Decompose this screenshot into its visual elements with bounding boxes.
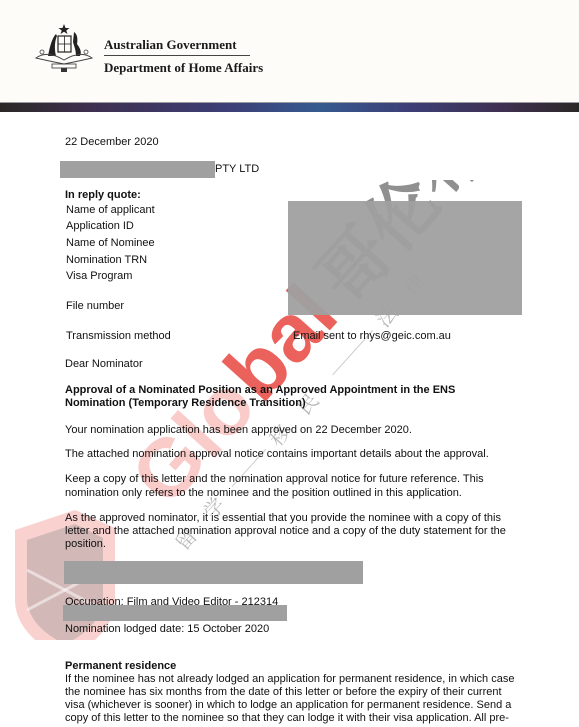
- field-label-application-id: Application ID: [66, 220, 134, 232]
- subject-line-1: Approval of a Nominated Position as an A…: [65, 384, 455, 396]
- paragraph-keep-copy-1: Keep a copy of this letter and the nomin…: [65, 473, 484, 485]
- header-divider: [104, 55, 250, 56]
- subject-line-2: Nomination (Temporary Residence Transiti…: [65, 397, 306, 409]
- pr-heading: Permanent residence: [65, 660, 176, 672]
- transmission-label: Transmission method: [66, 330, 171, 342]
- letterhead: Australian Government Department of Home…: [0, 0, 579, 102]
- field-label-trn: Nomination TRN: [66, 254, 147, 266]
- department-name: Department of Home Affairs: [104, 60, 263, 76]
- redacted-reference-details: [288, 201, 522, 315]
- paragraph-keep-copy-2: nomination only refers to the nominee an…: [65, 487, 462, 499]
- field-label-nominee: Name of Nominee: [66, 237, 155, 249]
- redacted-line: [63, 605, 287, 621]
- field-label-applicant: Name of applicant: [66, 204, 155, 216]
- paragraph-nominator-2: letter and the attached nomination appro…: [65, 525, 506, 537]
- redacted-company-name: [60, 161, 215, 178]
- paragraph-attached-notice: The attached nomination approval notice …: [65, 448, 489, 460]
- coat-of-arms-icon: [30, 22, 98, 74]
- pr-line-4: copy of this letter to the nominee so th…: [65, 712, 509, 724]
- field-label-visa-program: Visa Program: [66, 270, 132, 282]
- salutation: Dear Nominator: [65, 358, 143, 370]
- pr-line-1: If the nominee has not already lodged an…: [65, 673, 514, 685]
- header-color-band: [0, 102, 579, 112]
- reply-quote-heading: In reply quote:: [65, 189, 141, 201]
- paragraph-nominator-1: As the approved nominator, it is essenti…: [65, 512, 501, 524]
- paragraph-nominator-3: position.: [65, 538, 106, 550]
- letter-date: 22 December 2020: [65, 136, 159, 148]
- paragraph-approved: Your nomination application has been app…: [65, 424, 412, 436]
- lodged-date: Nomination lodged date: 15 October 2020: [65, 623, 269, 635]
- pr-line-2: the nominee has six months from the date…: [65, 686, 502, 698]
- agency-name: Australian Government: [104, 37, 237, 53]
- redacted-position-details: [64, 561, 363, 584]
- addressee-suffix: PTY LTD: [215, 163, 259, 175]
- transmission-value: Email sent to rhys@geic.com.au: [293, 330, 451, 342]
- pr-line-3: visa (whichever is sooner) in which to l…: [65, 699, 511, 711]
- field-label-file-number: File number: [66, 300, 124, 312]
